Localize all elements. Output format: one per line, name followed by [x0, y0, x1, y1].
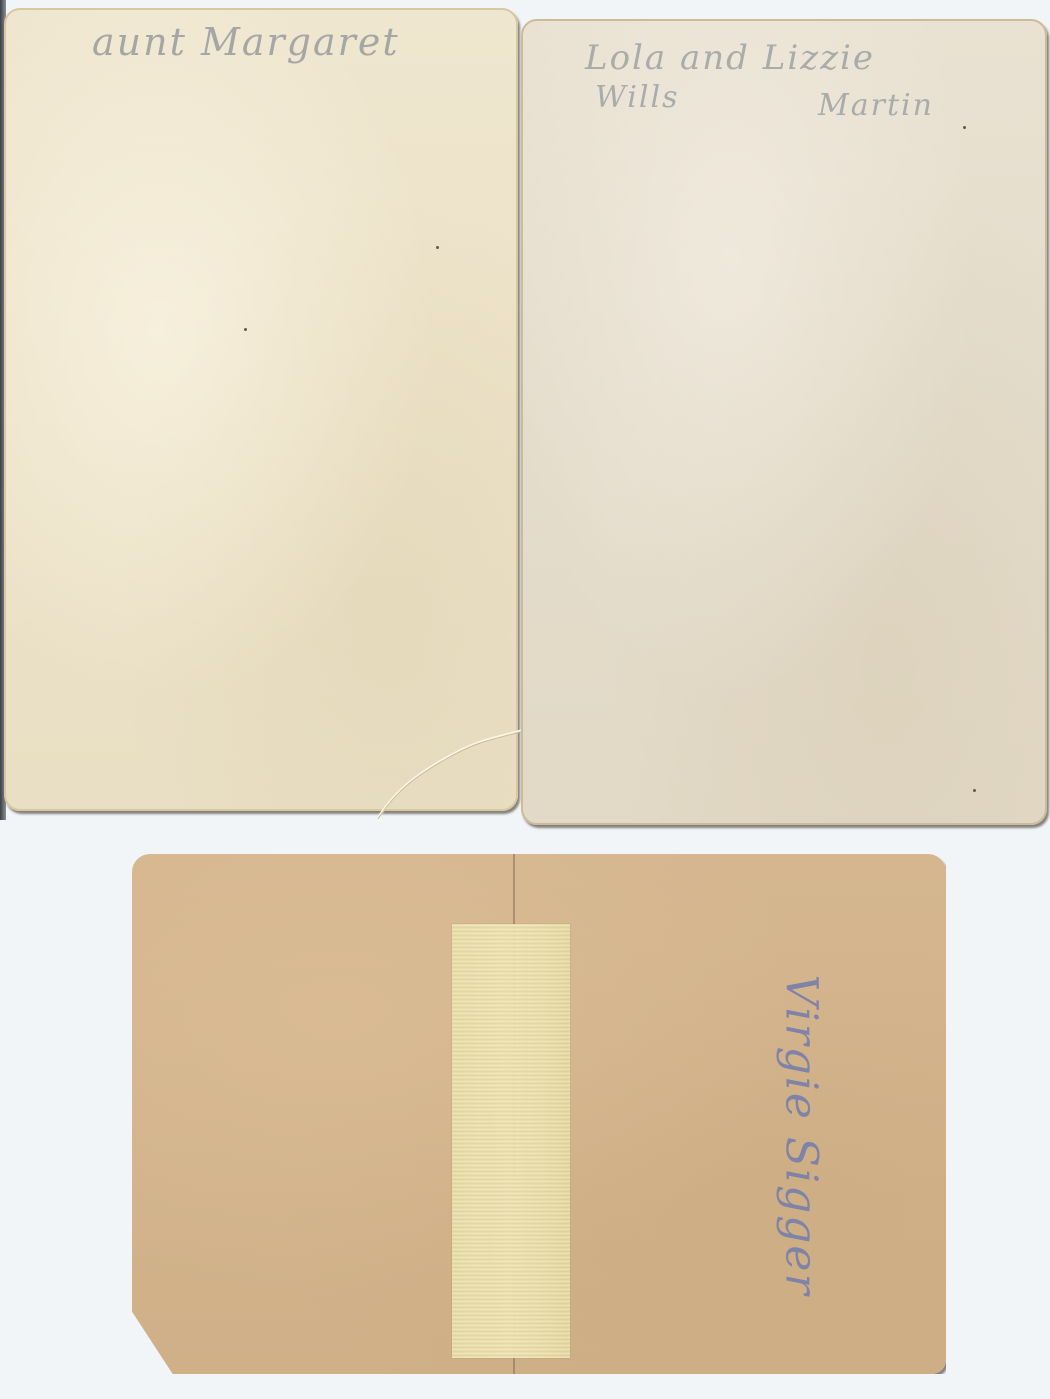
inscription-martin: Martin — [818, 88, 934, 123]
photo-card-aunt-margaret — [4, 8, 518, 811]
foxing-spot — [244, 328, 247, 331]
photo-card-lola-lizzie — [521, 19, 1047, 825]
inscription-aunt-margaret: aunt Margaret — [92, 20, 400, 64]
masking-tape — [452, 924, 570, 1358]
foxing-spot — [436, 246, 439, 249]
inscription-wills: Wills — [595, 80, 680, 115]
foxing-spot — [963, 126, 966, 129]
corner-crease — [376, 720, 526, 820]
foxing-spot — [973, 789, 976, 792]
inscription-lola-and-lizzie: Lola and Lizzie — [585, 38, 875, 78]
inscription-virgie: Virgie Sigger — [776, 975, 827, 1297]
